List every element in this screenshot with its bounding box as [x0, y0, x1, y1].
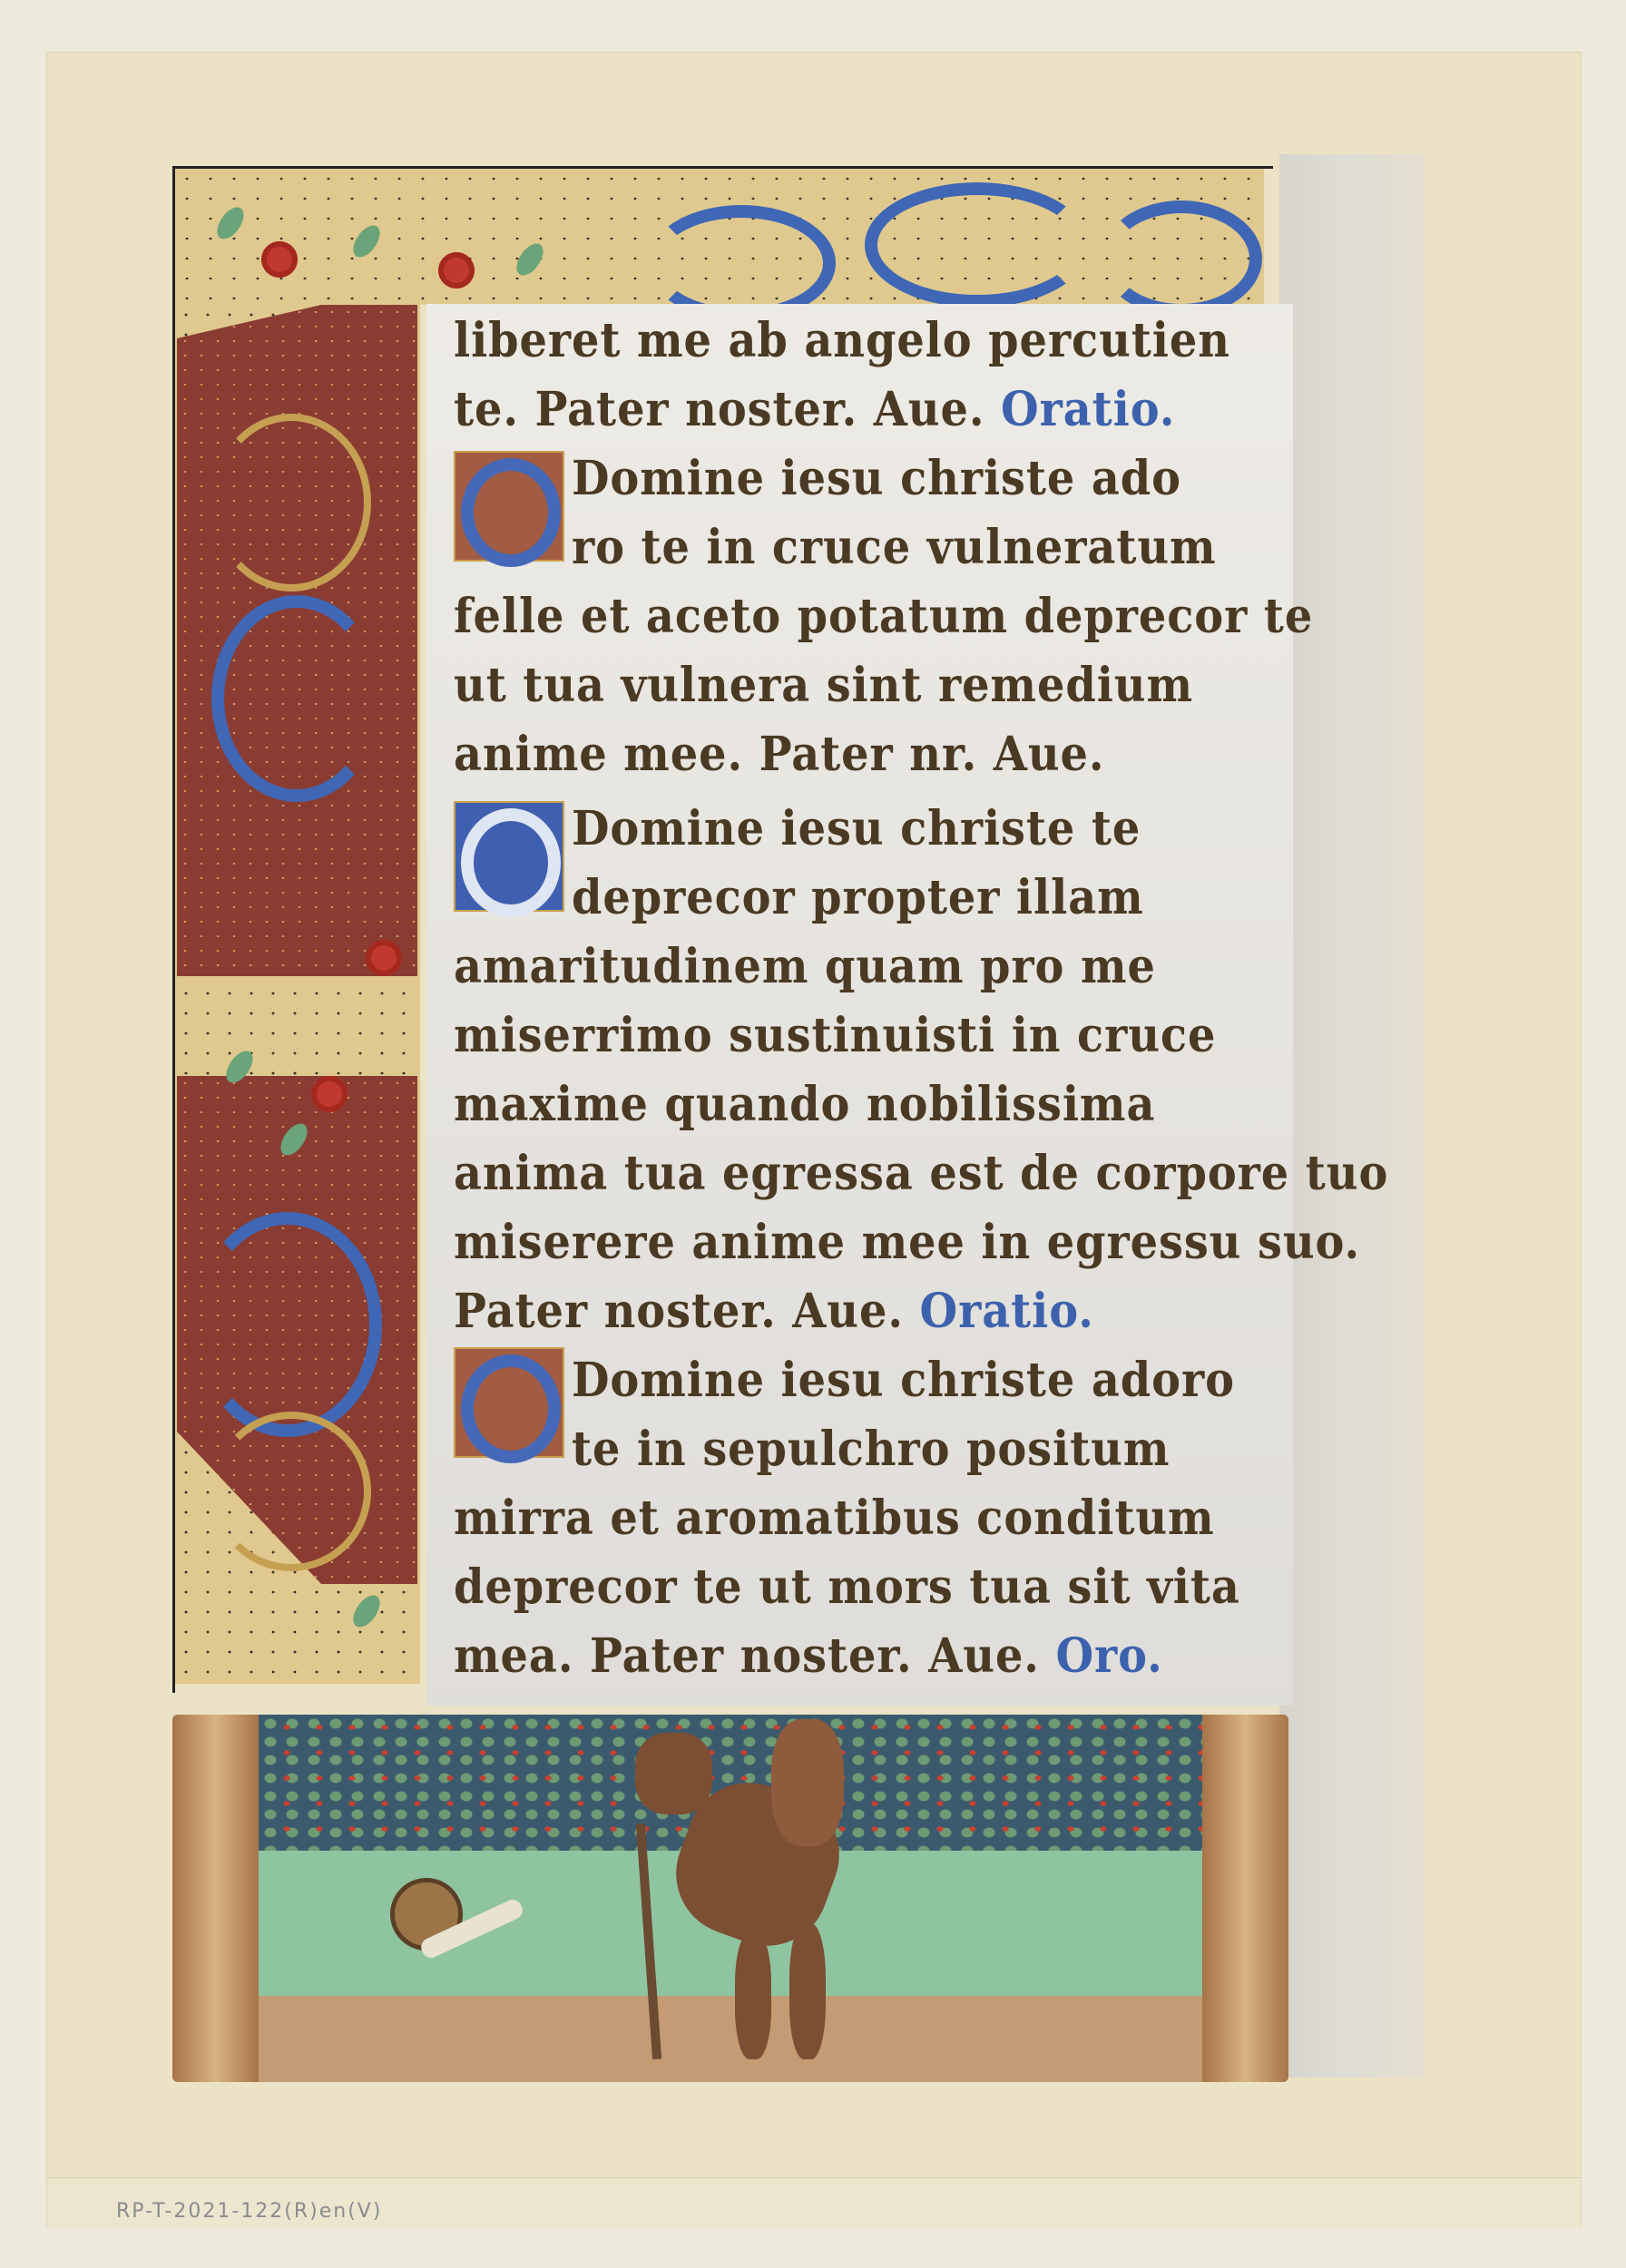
verso-shadow [1279, 154, 1425, 2077]
left-border [175, 305, 420, 1684]
leaf-icon [512, 239, 549, 279]
text-line: mea. Pater noster. Aue. Oro. [454, 1628, 1163, 1684]
text-line: felle et aceto potatum deprecor te [454, 589, 1313, 644]
text-line: te. Pater noster. Aue. Oratio. [454, 382, 1175, 437]
text-line: Domine iesu christe te [572, 801, 1141, 856]
young-ape [771, 1719, 844, 1846]
ground [172, 1996, 1288, 2082]
text-line: deprecor te ut mors tua sit vita [454, 1559, 1240, 1615]
bas-de-page-miniature [172, 1715, 1288, 2082]
gold-scroll [211, 414, 371, 591]
ape-head [635, 1733, 712, 1814]
text-line: miserere anime mee in egressu suo. [454, 1215, 1360, 1270]
text-line: Pater noster. Aue. Oratio. [454, 1284, 1094, 1339]
text-line: liberet me ab angelo percutien [454, 313, 1230, 368]
acanthus-scroll [865, 182, 1090, 308]
text-line: maxime quando nobilissima [454, 1077, 1155, 1132]
rose-icon [366, 940, 402, 976]
text-line: ro te in cruce vulneratum [572, 520, 1217, 575]
acanthus-scroll [1101, 200, 1262, 317]
text-line: Domine iesu christe adoro [572, 1353, 1235, 1408]
rubric: Oratio. [1001, 382, 1175, 437]
leaf-icon [348, 220, 386, 261]
text-line: mirra et aromatibus conditum [454, 1491, 1215, 1546]
inventory-number: RP-T-2021-122(R)en(V) [116, 2200, 382, 2223]
text-line: miserrimo sustinuisti in cruce [454, 1008, 1216, 1063]
leaf-icon [212, 202, 250, 243]
acanthus-scroll [193, 1212, 382, 1437]
ape-leg [789, 1923, 826, 2059]
rose-icon [438, 252, 475, 288]
leaf-icon [348, 1590, 386, 1631]
left-column [172, 1715, 259, 2082]
text-line: anime mee. Pater nr. Aue. [454, 727, 1104, 782]
text-line: ut tua vulnera sint remedium [454, 658, 1193, 713]
rubric: Oratio. [920, 1284, 1094, 1339]
text-block: liberet me ab angelo percutien te. Pater… [426, 304, 1293, 1706]
text-line: te in sepulchro positum [572, 1422, 1170, 1477]
right-column [1202, 1715, 1288, 2082]
text-line: Domine iesu christe ado [572, 451, 1181, 506]
ape-leg [735, 1932, 771, 2059]
initial-o [454, 451, 564, 562]
text-line: deprecor propter illam [572, 870, 1144, 925]
initial-o [454, 801, 564, 912]
rose-icon [261, 241, 298, 278]
top-border [175, 169, 1264, 305]
rubric: Oro. [1055, 1628, 1162, 1684]
acanthus-scroll [211, 595, 382, 802]
gold-scroll [211, 1412, 371, 1571]
rose-icon [311, 1076, 348, 1112]
text-line: amaritudinem quam pro me [454, 939, 1156, 994]
initial-o [454, 1347, 564, 1458]
text-line: anima tua egressa est de corpore tuo [454, 1146, 1388, 1201]
